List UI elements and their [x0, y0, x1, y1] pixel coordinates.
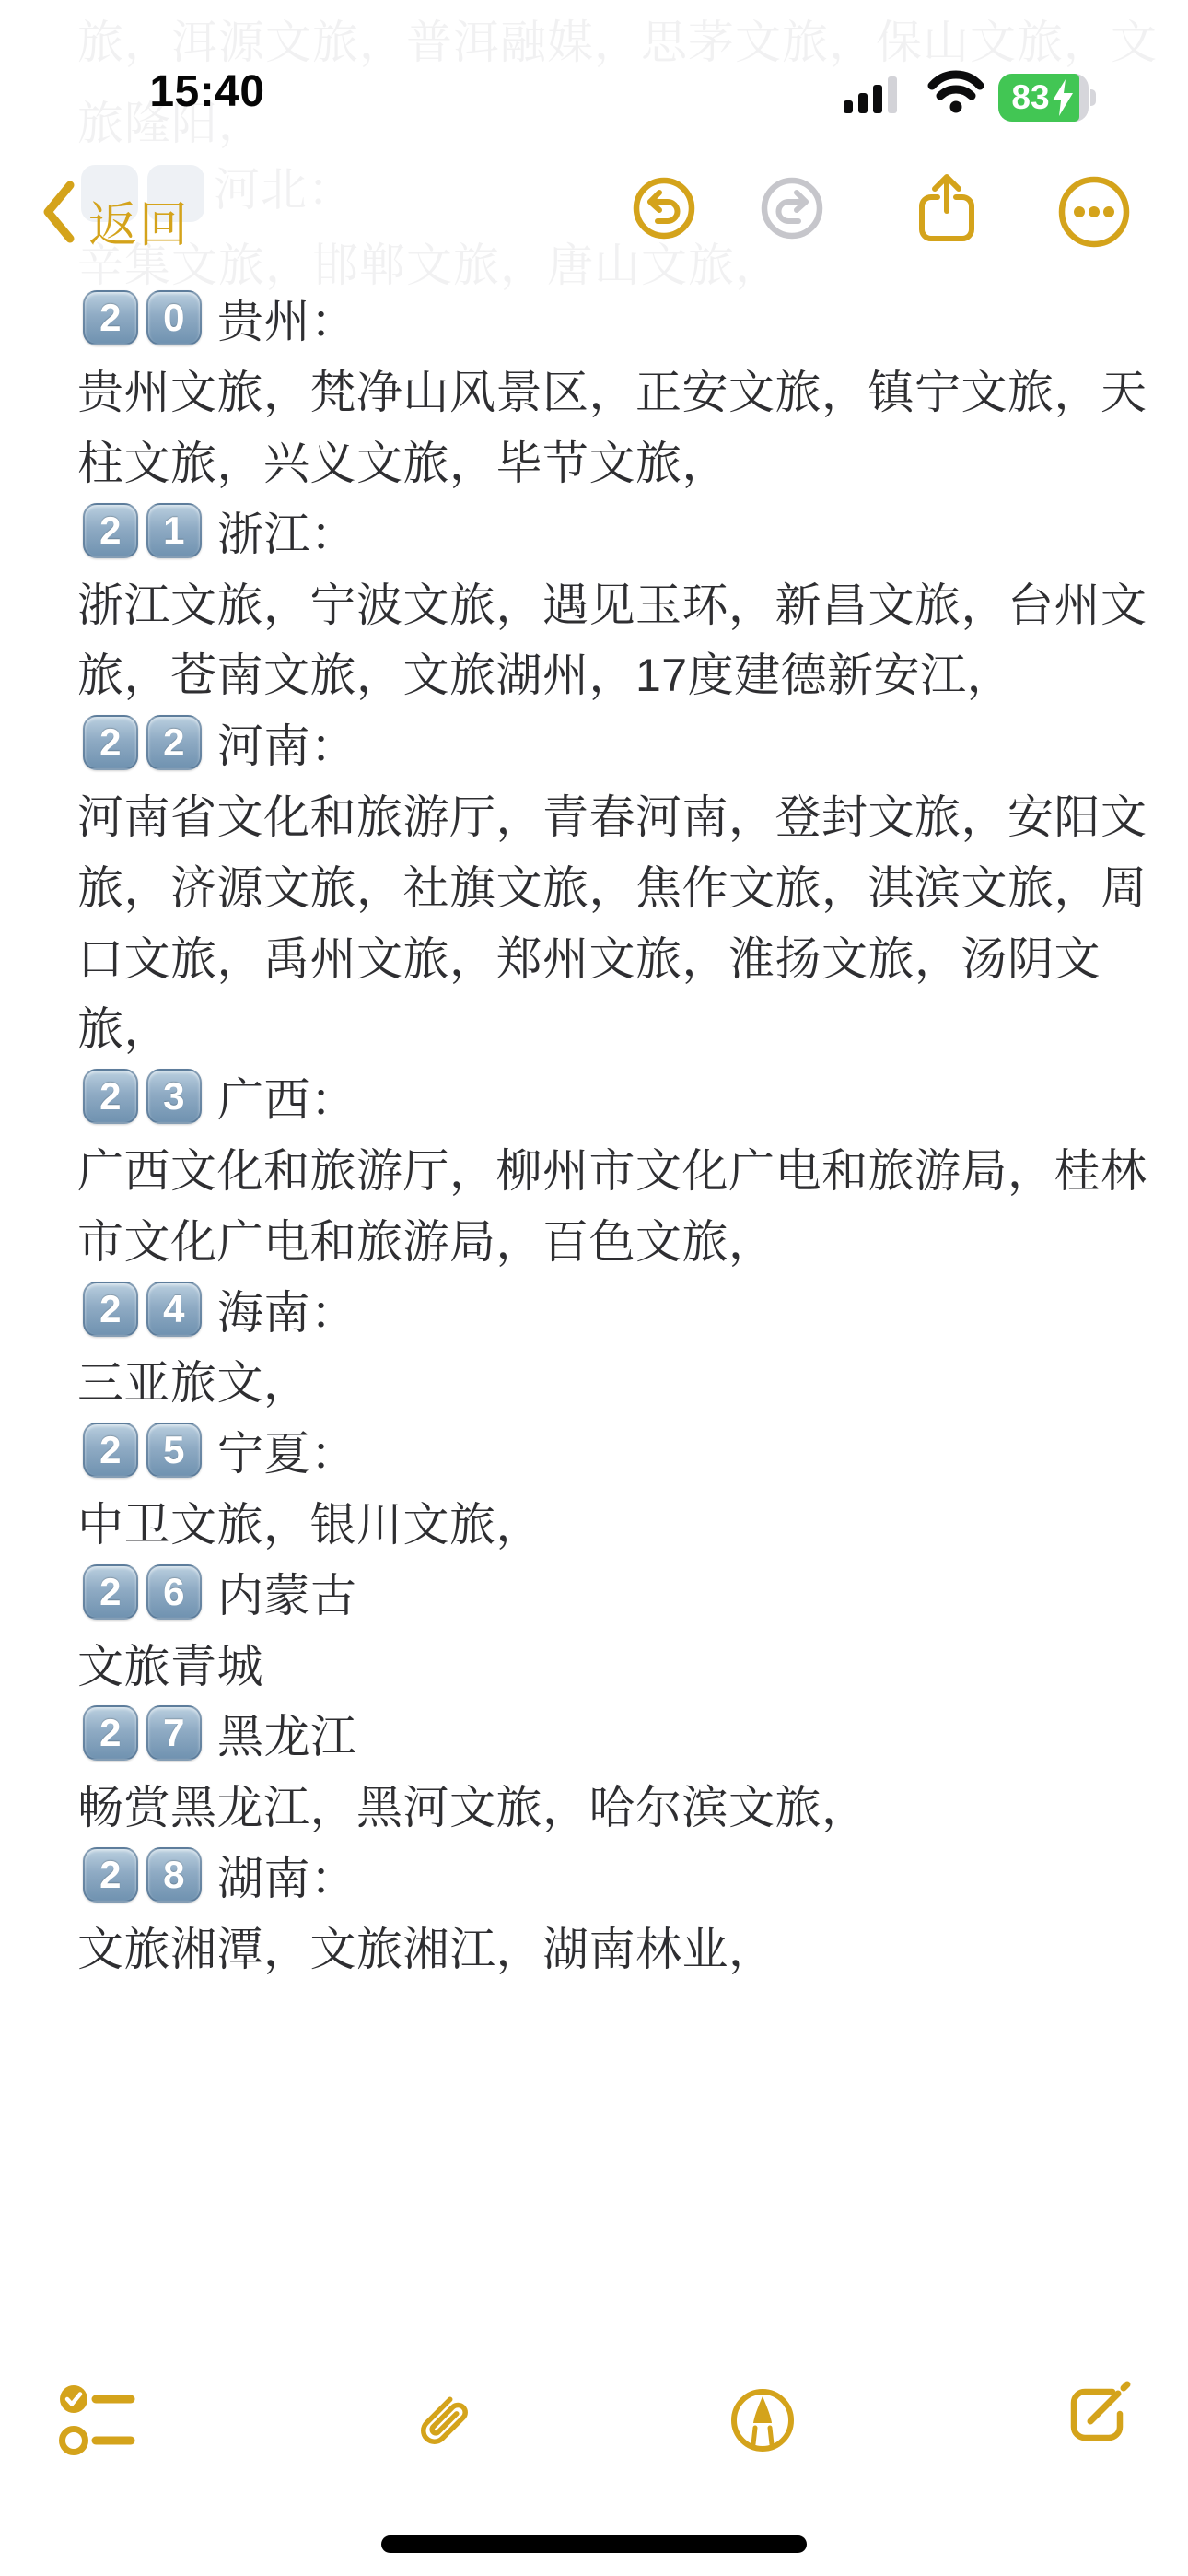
note-text-line: 河南省文化和旅游厅，青春河南，登封文旅，安阳文: [77, 779, 1188, 849]
battery-percent: 83: [1004, 78, 1057, 117]
keycap-digit-emoji: 4: [146, 1282, 202, 1337]
section-label: 湖南：: [217, 1842, 357, 1908]
keycap-digit-emoji: 0: [146, 290, 202, 345]
keycap-digit-emoji: 2: [83, 1564, 138, 1620]
battery-cap: [1090, 89, 1096, 106]
undo-icon[interactable]: [633, 177, 695, 240]
markup-pen-icon[interactable]: [729, 2386, 796, 2454]
wifi-icon: [926, 70, 985, 114]
note-text-line: 广西文化和旅游厅，柳州市文化广电和旅游局，桂林: [77, 1132, 1188, 1203]
keycap-digit-emoji: 2: [83, 290, 138, 345]
checklist-icon[interactable]: [59, 2384, 136, 2456]
back-button-label[interactable]: 返回: [88, 186, 190, 256]
note-text-line: 口文旅，禹州文旅，郑州文旅，淮扬文旅，汤阴文: [77, 919, 1188, 990]
note-text-line: 贵州文旅，梵净山风景区，正安文旅，镇宁文旅，天: [77, 354, 1188, 425]
ghost-note-line: 旅，洱源文旅，普洱融媒，思茅文旅，保山文旅，文: [77, 6, 1158, 72]
home-indicator[interactable]: [381, 2535, 807, 2553]
keycap-digit-emoji: 8: [146, 1847, 202, 1903]
note-text-line: 中卫文旅，银川文旅，: [77, 1486, 1188, 1557]
note-text-line: 旅，: [77, 990, 1188, 1061]
note-text-line: 旅，济源文旅，社旗文旅，焦作文旅，淇滨文旅，周: [77, 849, 1188, 919]
note-text-line: 三亚旅文，: [77, 1344, 1188, 1415]
section-label: 浙江：: [217, 498, 357, 564]
keycap-digit-emoji: 2: [83, 1847, 138, 1903]
section-heading: 23广西：: [77, 1061, 1188, 1132]
section-heading: 26内蒙古: [77, 1556, 1188, 1627]
cellular-signal-icon: [844, 74, 897, 113]
note-text-line: 畅赏黑龙江，黑河文旅，哈尔滨文旅，: [77, 1769, 1188, 1840]
clock-time: 15:40: [109, 66, 306, 117]
section-label: 海南：: [217, 1276, 357, 1342]
note-text-line: 文旅青城: [77, 1627, 1188, 1698]
battery-charging-icon: 83: [998, 74, 1089, 122]
keycap-digit-emoji: 2: [83, 1423, 138, 1478]
keycap-digit-emoji: 3: [146, 1069, 202, 1124]
section-heading: 21浙江：: [77, 495, 1188, 566]
note-text-line: 柱文旅，兴义文旅，毕节文旅，: [77, 425, 1188, 496]
charging-bolt-icon: [1052, 79, 1076, 116]
section-heading: 24海南：: [77, 1273, 1188, 1344]
note-text-line: 文旅湘潭，文旅湘江，湖南林业，: [77, 1910, 1188, 1981]
keycap-digit-emoji: 6: [146, 1564, 202, 1620]
section-label: 广西：: [217, 1063, 357, 1130]
section-label: 内蒙古: [217, 1559, 357, 1625]
section-label: 宁夏：: [217, 1417, 357, 1483]
back-button[interactable]: [41, 181, 76, 248]
share-icon[interactable]: [915, 170, 978, 243]
note-text-line: 浙江文旅，宁波文旅，遇见玉环，新昌文旅，台州文: [77, 566, 1188, 637]
notes-app-screen: { "status_bar": { "time": "15:40", "batt…: [0, 0, 1188, 2576]
section-label: 贵州：: [217, 285, 357, 351]
note-body[interactable]: 20贵州：贵州文旅，梵净山风景区，正安文旅，镇宁文旅，天柱文旅，兴义文旅，毕节文…: [77, 283, 1188, 1981]
paperclip-icon[interactable]: [400, 2392, 477, 2462]
section-label: 黑龙江: [217, 1700, 357, 1766]
keycap-digit-emoji: 2: [83, 1705, 138, 1761]
note-text-line: 旅，苍南文旅，文旅湖州，17度建德新安江，: [77, 637, 1188, 708]
chevron-back-icon: [41, 181, 76, 243]
keycap-digit-emoji: 2: [83, 1069, 138, 1124]
keycap-digit-emoji: 2: [83, 715, 138, 770]
section-heading: 28湖南：: [77, 1840, 1188, 1911]
ghost-section-label: 河北：: [214, 164, 355, 216]
keycap-digit-emoji: 2: [83, 1282, 138, 1337]
keycap-digit-emoji: 7: [146, 1705, 202, 1761]
section-heading: 25宁夏：: [77, 1415, 1188, 1486]
section-heading: 27黑龙江: [77, 1698, 1188, 1769]
keycap-digit-emoji: 2: [146, 715, 202, 770]
section-heading: 20贵州：: [77, 283, 1188, 354]
section-label: 河南：: [217, 709, 357, 776]
compose-icon[interactable]: [1061, 2377, 1136, 2454]
keycap-digit-emoji: 5: [146, 1423, 202, 1478]
section-heading: 22河南：: [77, 708, 1188, 779]
more-options-icon[interactable]: [1057, 175, 1131, 249]
keycap-digit-emoji: 2: [83, 503, 138, 558]
note-text-line: 市文化广电和旅游局，百色文旅，: [77, 1202, 1188, 1273]
redo-icon: [761, 177, 823, 240]
keycap-digit-emoji: 1: [146, 503, 202, 558]
